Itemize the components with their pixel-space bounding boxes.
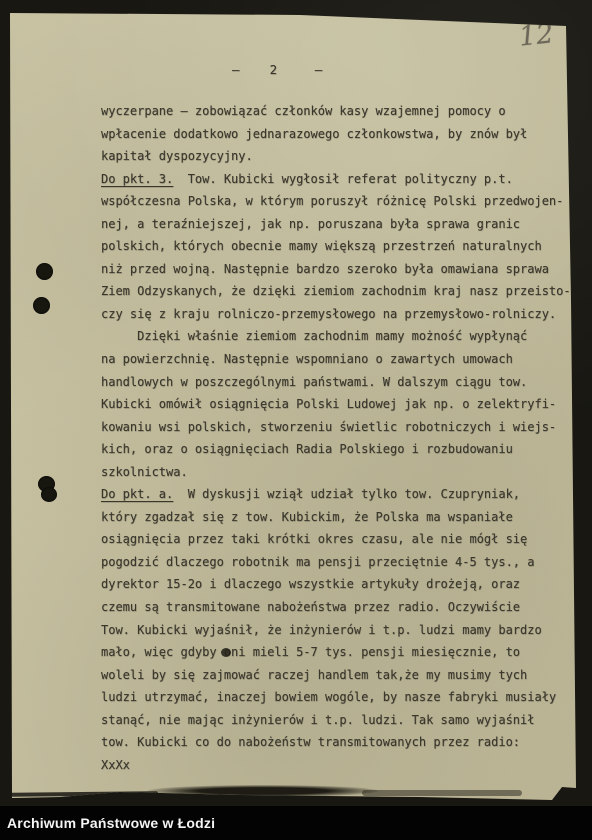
text-line: Ziem Odzyskanych, że dzięki ziemiom zach… [101,280,579,303]
text-line: współczesna Polska, w którym poruszył ró… [101,190,579,213]
text-line: wpłacenie dodatkowo jednarazowego członk… [101,123,579,146]
text-line: Tow. Kubicki wyjaśnił, że inżynierów i t… [101,619,579,642]
punch-hole [41,487,57,502]
text-line: ludzi utrzymać, inaczej bowiem wogóle, b… [101,686,579,709]
punch-hole [33,297,50,314]
text-line: polskich, których obecnie mamy większą p… [101,235,579,258]
text-line: osiągnięcia przez taki krótki okres czas… [101,528,579,551]
text-line: Kubicki omówił osiągnięcia Polski Ludowe… [101,393,579,416]
typed-text: wyczerpane — zobowiązać członków kasy wz… [101,100,579,776]
text-line: pogodzić dlaczego robotnik ma pensji prz… [101,551,579,574]
text-line: dyrektor 15-2o i dlaczego wszystkie arty… [101,573,579,596]
archive-watermark-bar: Archiwum Państwowe w Łodzi [0,806,592,840]
typed-page-number: — 2 — [232,62,322,77]
text-line: czemu są transmitowane nabożeństwa przez… [101,596,579,619]
text-line: nej, a teraźniejszej, jak np. poruszana … [101,213,579,236]
text-line: niż przed wojną. Następnie bardzo szerok… [101,258,579,281]
text-line: XxXx [101,754,579,777]
text-line: handlowych w poszczególnymi państwami. W… [101,371,579,394]
text-line: Dzięki właśnie ziemiom zachodnim mamy mo… [101,325,579,348]
paper-crease [362,790,522,796]
text-line: stanąć, nie mając inżynierów i t.p. ludz… [101,709,579,732]
text-line: kich, oraz o osiągnięciach Radia Polskie… [101,438,579,461]
ink-blot [221,648,231,657]
document-page: 12 — 2 — wyczerpane — zobowiązać członkó… [0,0,592,808]
text-line: Do pkt. a. W dyskusji wziął udział tylko… [101,483,579,506]
text-line: woleli by się zajmować raczej handlem ta… [101,664,579,687]
text-line: który zgadzał się z tow. Kubickim, że Po… [101,506,579,529]
text-line: wyczerpane — zobowiązać członków kasy wz… [101,100,579,123]
text-line: na powierzchnię. Następnie wspomniano o … [101,348,579,371]
archive-name-label: Archiwum Państwowe w Łodzi [0,815,215,831]
text-line: czy się z kraju rolniczo-przemysłowego n… [101,303,579,326]
text-line: mało, więc gdyby oni mieli 5-7 tys. pens… [101,641,579,664]
text-line: kowaniu wsi polskich, stworzeniu świetli… [101,416,579,439]
text-line: tow. Kubicki co do nabożeństw transmitow… [101,731,579,754]
text-line: kapitał dyspozycyjny. [101,145,579,168]
text-line: Do pkt. 3. Tow. Kubicki wygłosił referat… [101,168,579,191]
text-line: szkolnictwa. [101,461,579,484]
punch-hole [36,263,53,280]
